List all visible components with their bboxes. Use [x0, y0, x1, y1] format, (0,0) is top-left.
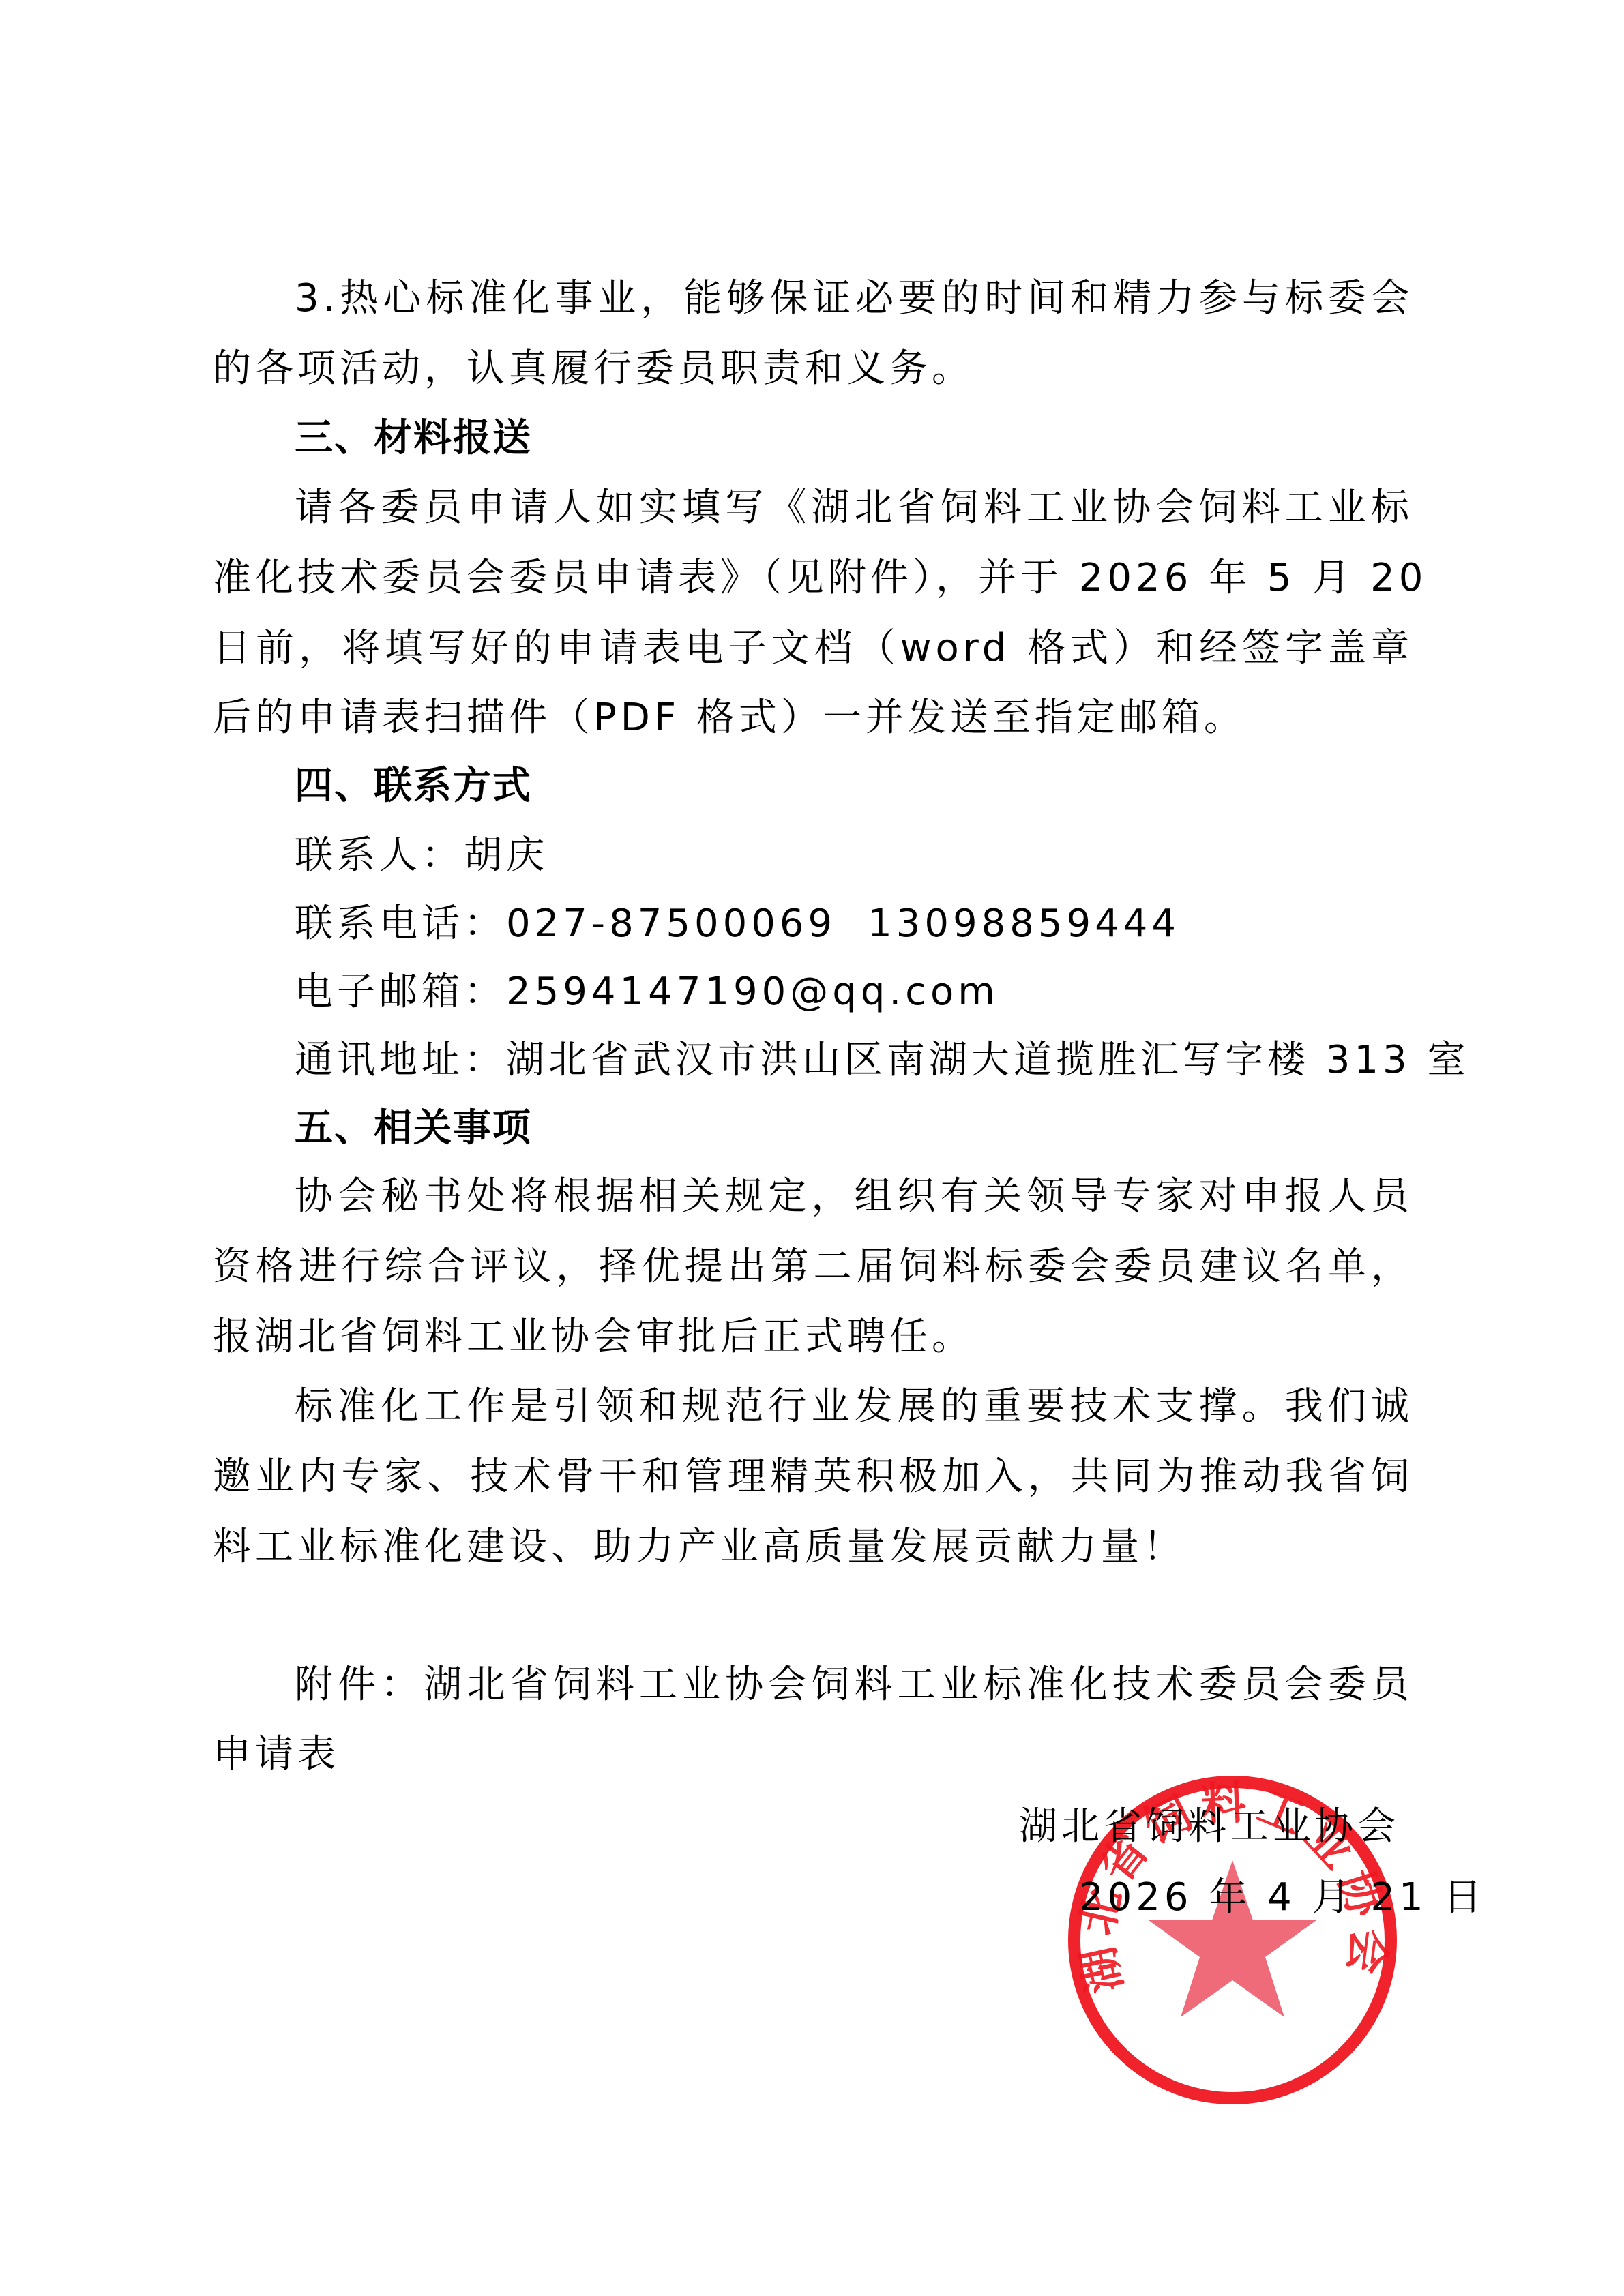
section3-para-line1: 请各委员申请人如实填写《湖北省饲料工业协会饲料工业标 — [295, 486, 1413, 531]
section3-para-line3: 日前，将填写好的申请表电子文档（word 格式）和经签字盖章 — [213, 626, 1413, 671]
section3-heading: 三、材料报送 — [295, 416, 1413, 461]
phone-label: 联系电话： — [295, 901, 506, 946]
section3-para-line4: 后的申请表扫描件（PDF 格式）一并发送至指定邮箱。 — [213, 696, 1413, 741]
section5-para1-line1: 协会秘书处将根据相关规定，组织有关领导专家对申报人员 — [295, 1174, 1413, 1219]
attachment-line1: 附件：湖北省饲料工业协会饲料工业标准化技术委员会委员 — [295, 1663, 1413, 1708]
phone-mobile: 13098859444 — [868, 901, 1180, 946]
section5-para2-line1: 标准化工作是引领和规范行业发展的重要技术支撑。我们诚 — [295, 1384, 1413, 1429]
address-row: 通讯地址：湖北省武汉市洪山区南湖大道揽胜汇写字楼 313 室 — [295, 1038, 1413, 1083]
contact-person-value: 胡庆 — [464, 833, 548, 878]
section5-para2-line2: 邀业内专家、技术骨干和管理精英积极加入，共同为推动我省饲 — [213, 1455, 1413, 1500]
signature-organization: 湖北省饲料工业协会 — [1019, 1804, 1400, 1849]
section3-para-line2: 准化技术委员会委员申请表》（见附件），并于 2026 年 5 月 20 — [213, 556, 1413, 601]
signature-date: 2026 年 4 月 21 日 — [1079, 1875, 1486, 1920]
phone-landline: 027-87500069 — [506, 901, 836, 946]
email-label: 电子邮箱： — [295, 970, 506, 1014]
address-value: 湖北省武汉市洪山区南湖大道揽胜汇写字楼 313 室 — [506, 1038, 1470, 1082]
contact-person-row: 联系人：胡庆 — [295, 833, 1413, 878]
contact-person-label: 联系人： — [295, 833, 464, 878]
item3-line2: 的各项活动，认真履行委员职责和义务。 — [213, 346, 1413, 391]
section5-heading: 五、相关事项 — [295, 1106, 1413, 1151]
section5-para2-line3: 料工业标准化建设、助力产业高质量发展贡献力量！ — [213, 1525, 1413, 1570]
phone-row: 联系电话：027-8750006913098859444 — [295, 901, 1413, 946]
item3-line1: 3.热心标准化事业，能够保证必要的时间和精力参与标委会 — [295, 276, 1413, 321]
email-value: 2594147190@qq.com — [506, 970, 999, 1014]
attachment-line2: 申请表 — [213, 1732, 1413, 1777]
section4-heading: 四、联系方式 — [295, 764, 1413, 809]
email-row: 电子邮箱：2594147190@qq.com — [295, 970, 1413, 1015]
address-label: 通讯地址： — [295, 1038, 506, 1082]
section5-para1-line3: 报湖北省饲料工业协会审批后正式聘任。 — [213, 1315, 1413, 1360]
document-page: 3.热心标准化事业，能够保证必要的时间和精力参与标委会 的各项活动，认真履行委员… — [0, 0, 1624, 2296]
section5-para1-line2: 资格进行综合评议，择优提出第二届饲料标委会委员建议名单， — [213, 1244, 1413, 1289]
